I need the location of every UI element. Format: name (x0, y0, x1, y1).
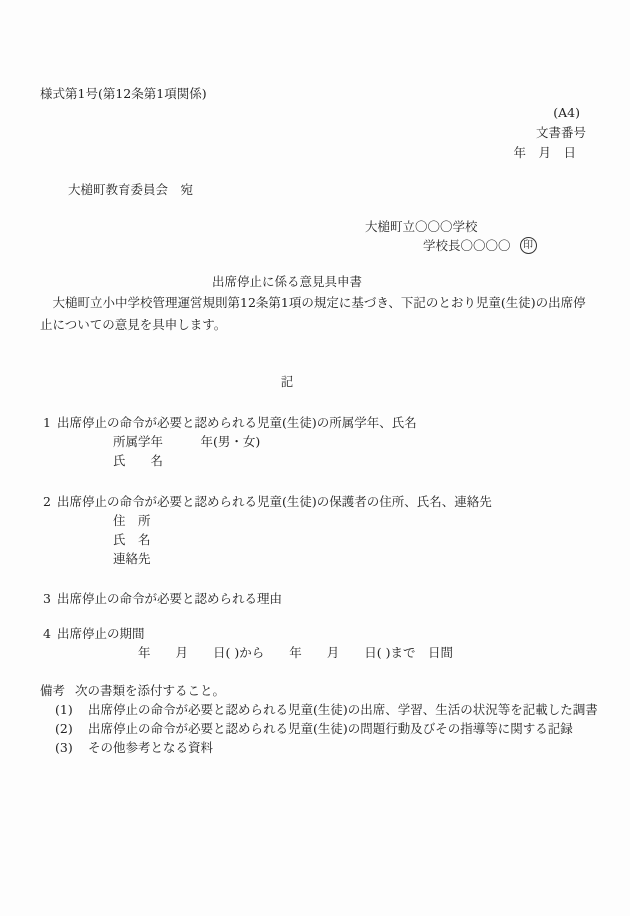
item-2-subline-address: 住 所 (113, 511, 590, 530)
item-3: 3 出席停止の命令が必要と認められる理由 (40, 589, 590, 608)
item-2-subline-contact: 連絡先 (113, 549, 590, 568)
item-2-label: 出席停止の命令が必要と認められる児童(生徒)の保護者の住所、氏名、連絡先 (57, 492, 492, 511)
item-1: 1 出席停止の命令が必要と認められる児童(生徒)の所属学年、氏名 所属学年 年(… (40, 413, 590, 470)
paper-size-label: (A4) (40, 103, 580, 123)
remark-2-text: 出席停止の命令が必要と認められる児童(生徒)の問題行動及びその指導等に関する記録 (88, 719, 573, 738)
body-paragraph: 大槌町立小中学校管理運営規則第12条第1項の規定に基づき、下記のとおり児童(生徒… (40, 292, 590, 336)
remark-3-text: その他参考となる資料 (88, 738, 213, 757)
seal-icon: 印 (520, 237, 537, 254)
item-1-subline-name: 氏 名 (113, 451, 590, 470)
item-4: 4 出席停止の期間 年 月 日( )から 年 月 日( )まで 日間 (40, 624, 590, 662)
sender-principal: 学校長〇〇〇〇 (423, 236, 511, 255)
remarks-intro: 次の書類を添付すること。 (75, 681, 225, 700)
sender-school: 大槌町立〇〇〇学校 (365, 217, 590, 236)
remark-2-number: (2) (55, 719, 88, 738)
remark-row-2: (2) 出席停止の命令が必要と認められる児童(生徒)の問題行動及びその指導等に関… (40, 719, 590, 738)
item-3-head: 3 出席停止の命令が必要と認められる理由 (40, 589, 590, 608)
remarks-section: 備考 次の書類を添付すること。 (1) 出席停止の命令が必要と認められる児童(生… (40, 681, 590, 757)
item-1-subline-grade: 所属学年 年(男・女) (113, 432, 590, 451)
addressee: 大槌町教育委員会 宛 (68, 180, 590, 199)
remarks-label: 備考 (40, 681, 65, 700)
document-title: 出席停止に係る意見具申書 (40, 272, 590, 291)
remark-1-text: 出席停止の命令が必要と認められる児童(生徒)の出席、学習、生活の状況等を記載した… (88, 700, 598, 719)
document-page: 様式第1号(第12条第1項関係) (A4) 文書番号 年 月 日 大槌町教育委員… (0, 0, 630, 916)
item-1-label: 出席停止の命令が必要と認められる児童(生徒)の所属学年、氏名 (57, 413, 417, 432)
item-2-number: 2 (43, 492, 57, 511)
remark-3-number: (3) (55, 738, 88, 757)
form-number: 様式第1号(第12条第1項関係) (40, 84, 590, 103)
remark-1-number: (1) (55, 700, 88, 719)
item-1-head: 1 出席停止の命令が必要と認められる児童(生徒)の所属学年、氏名 (40, 413, 590, 432)
item-4-head: 4 出席停止の期間 (40, 624, 590, 643)
item-2: 2 出席停止の命令が必要と認められる児童(生徒)の保護者の住所、氏名、連絡先 住… (40, 492, 590, 568)
ki-label: 記 (40, 372, 590, 391)
item-4-label: 出席停止の期間 (57, 624, 145, 643)
item-3-label: 出席停止の命令が必要と認められる理由 (57, 589, 282, 608)
doc-number-label: 文書番号 (40, 123, 586, 143)
item-2-subline-name: 氏 名 (113, 530, 590, 549)
remarks-head: 備考 次の書類を添付すること。 (40, 681, 590, 700)
item-3-number: 3 (43, 589, 57, 608)
date-line: 年 月 日 (40, 143, 576, 163)
header-right-block: (A4) 文書番号 年 月 日 (40, 103, 590, 163)
item-2-head: 2 出席停止の命令が必要と認められる児童(生徒)の保護者の住所、氏名、連絡先 (40, 492, 590, 511)
remark-row-1: (1) 出席停止の命令が必要と認められる児童(生徒)の出席、学習、生活の状況等を… (40, 700, 590, 719)
item-1-number: 1 (43, 413, 57, 432)
item-4-number: 4 (43, 624, 57, 643)
remark-row-3: (3) その他参考となる資料 (40, 738, 590, 757)
item-4-subline-period: 年 月 日( )から 年 月 日( )まで 日間 (138, 643, 590, 662)
sender-principal-row: 学校長〇〇〇〇 印 (423, 236, 590, 255)
